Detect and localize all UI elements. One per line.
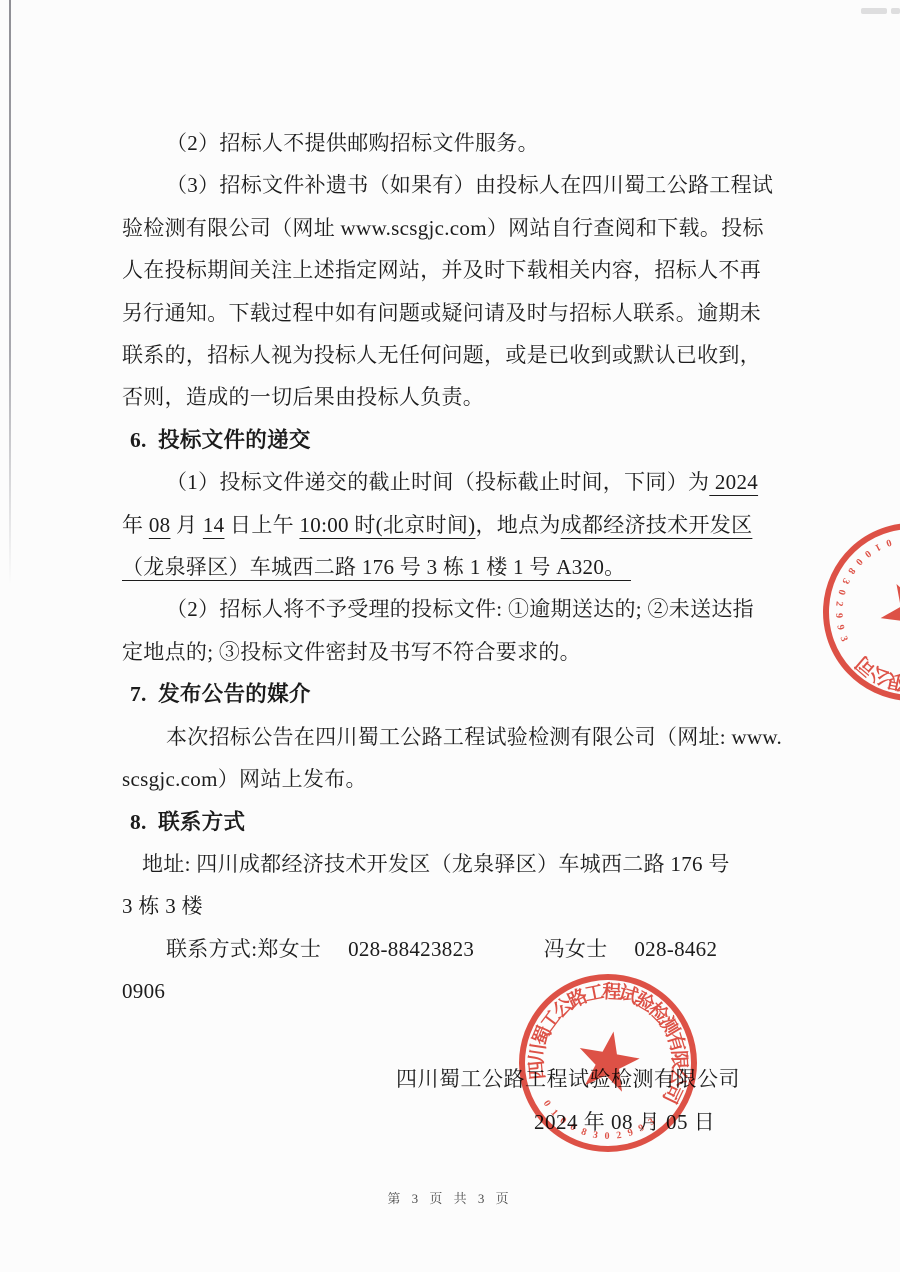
body-line: 本次招标公告在四川蜀工公路工程试验检测有限公司（网址: www. [122, 716, 798, 758]
svg-text:01008302993: 01008302993 [816, 525, 897, 646]
seal-ring [798, 498, 900, 727]
svg-text:四川蜀工公路工程试验检测有限公司: 四川蜀工公路工程试验检测有限公司 [849, 524, 900, 722]
underlined-text: 2024 [709, 470, 758, 494]
body-line: 联系的，招标人视为投标人无任何问题，或是已收到或默认已收到， [122, 334, 798, 376]
body-line: 另行通知。下载过程中如有问题或疑问请及时与招标人联系。逾期未 [122, 292, 798, 334]
section-heading: 6. 投标文件的递交 [122, 419, 798, 461]
text-segment: （2）招标人不提供邮购招标文件服务。 [166, 131, 539, 155]
scanned-document-page: { "document": { "lines": [ {"type":"body… [0, 0, 900, 1272]
scan-smudge [861, 8, 887, 14]
text-segment: （2）招标人将不予受理的投标文件: ①逾期送达的; ②未送达指 [166, 597, 754, 621]
body-line: 3 栋 3 楼 [122, 885, 798, 927]
star-icon [876, 574, 900, 654]
text-segment: ，地点为 [475, 513, 560, 537]
seal-code-text: 01008302993 [816, 525, 897, 646]
body-line: 0906 [122, 970, 798, 1012]
body-line: 验检测有限公司（网址 www.scsgjc.com）网站自行查阅和下载。投标 [122, 207, 798, 249]
text-segment: 联系的，招标人视为投标人无任何问题，或是已收到或默认已收到， [122, 343, 761, 367]
text-segment: 年 [122, 513, 149, 537]
body-line: （2）招标人将不予受理的投标文件: ①逾期送达的; ②未送达指 [122, 588, 798, 630]
signature-date: 2024 年 08 月 05 日 [534, 1106, 715, 1136]
text-segment: （3）招标文件补遗书（如果有）由投标人在四川蜀工公路工程试 [166, 173, 773, 197]
text-segment: 另行通知。下载过程中如有问题或疑问请及时与招标人联系。逾期未 [122, 301, 761, 325]
body-line: 定地点的; ③投标文件密封及书写不符合要求的。 [122, 631, 798, 673]
text-segment: 联系方式:郑女士 028-88423823 冯女士 028-8462 [166, 937, 717, 961]
text-segment: （1）投标文件递交的截止时间（投标截止时间，下同）为 [166, 470, 709, 494]
page-number-footer: 第 3 页 共 3 页 [0, 1188, 900, 1207]
section-heading: 8. 联系方式 [122, 801, 798, 843]
body-line: 联系方式:郑女士 028-88423823 冯女士 028-8462 [122, 928, 798, 970]
body-line: 年 08 月 14 日上午 10:00 时(北京时间)，地点为成都经济技术开发区 [122, 504, 798, 546]
text-segment: 否则，造成的一切后果由投标人负责。 [122, 385, 484, 409]
scan-edge-artifact [9, 0, 11, 585]
text-segment: 月 [170, 513, 202, 537]
text-segment: 0906 [122, 979, 165, 1003]
body-line: （3）招标文件补遗书（如果有）由投标人在四川蜀工公路工程试 [122, 164, 798, 206]
text-segment: 7. 发布公告的媒介 [130, 682, 311, 706]
text-segment: 8. 联系方式 [130, 810, 245, 834]
underlined-text: 10:00 时(北京时间) [299, 513, 475, 537]
body-line: 地址: 四川成都经济技术开发区（龙泉驿区）车城西二路 176 号 [122, 843, 798, 885]
underlined-text: 08 [149, 513, 171, 537]
text-segment: 本次招标公告在四川蜀工公路工程试验检测有限公司（网址: www. [166, 725, 782, 749]
body-line: 人在投标期间关注上述指定网站，并及时下载相关内容，招标人不再 [122, 249, 798, 291]
text-segment: 定地点的; ③投标文件密封及书写不符合要求的。 [122, 640, 581, 664]
text-segment: 日上午 [224, 513, 299, 537]
underlined-text: 14 [203, 513, 225, 537]
body-line: 否则，造成的一切后果由投标人负责。 [122, 376, 798, 418]
text-segment: 6. 投标文件的递交 [130, 428, 311, 452]
text-segment: 地址: 四川成都经济技术开发区（龙泉驿区）车城西二路 176 号 [142, 852, 730, 876]
body-line: （龙泉驿区）车城西二路 176 号 3 栋 1 楼 1 号 A320。 [122, 546, 798, 588]
underlined-text: （龙泉驿区）车城西二路 176 号 3 栋 1 楼 1 号 A320。 [122, 555, 631, 579]
text-segment: 人在投标期间关注上述指定网站，并及时下载相关内容，招标人不再 [122, 258, 761, 282]
scan-smudge [891, 8, 900, 14]
body-line: （1）投标文件递交的截止时间（投标截止时间，下同）为 2024 [122, 461, 798, 503]
signature-company-name: 四川蜀工公路工程试验检测有限公司 [396, 1063, 740, 1093]
underlined-text: 成都经济技术开发区 [561, 513, 753, 537]
text-segment: 验检测有限公司（网址 www.scsgjc.com）网站自行查阅和下载。投标 [122, 216, 764, 240]
body-line: （2）招标人不提供邮购招标文件服务。 [122, 122, 798, 164]
section-heading: 7. 发布公告的媒介 [122, 673, 798, 715]
text-segment: scsgjc.com）网站上发布。 [122, 767, 367, 791]
text-segment: 3 栋 3 楼 [122, 894, 203, 918]
document-body: （2）招标人不提供邮购招标文件服务。（3）招标文件补遗书（如果有）由投标人在四川… [122, 122, 798, 1013]
seal-company-text: 四川蜀工公路工程试验检测有限公司 [849, 524, 900, 722]
body-line: scsgjc.com）网站上发布。 [122, 758, 798, 800]
